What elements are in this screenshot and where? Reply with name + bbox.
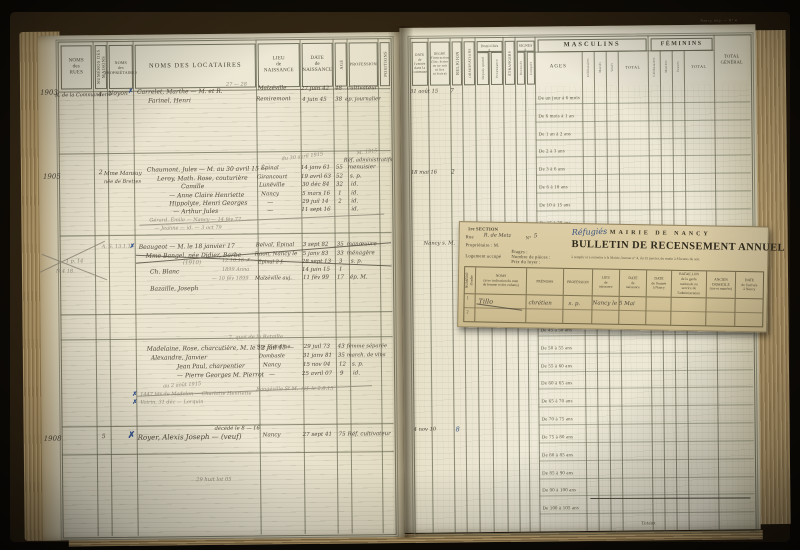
book-gutter-shadow [387, 26, 418, 538]
handwritten-text: 31 août 15 [410, 90, 438, 95]
strike-line [476, 303, 522, 310]
handwritten-text: 2 [451, 169, 455, 175]
handwritten-text: 7 [450, 88, 454, 94]
census-register-photo: NOMS des RUES NUMÉROS DES MAISONS NOMS d… [0, 0, 800, 550]
open-book: NOMS des RUES NUMÉROS DES MAISONS NOMS d… [0, 0, 800, 550]
handwritten-text: 8 [456, 426, 460, 433]
handwritten-text: Réfugiés [572, 228, 608, 237]
bulletin-handwriting-layer: RéfugiésR. de Metz512Tillochrétiens. p.N… [458, 222, 768, 331]
handwritten-text: 5 [534, 234, 538, 240]
handwritten-text: Nancy le 5 Mai [593, 301, 635, 307]
strike-line [590, 497, 750, 499]
handwritten-text: chrétien [528, 301, 551, 307]
handwritten-text: 2 [466, 310, 468, 315]
handwritten-text: Nancy s. M. [424, 241, 455, 247]
handwritten-text: R. de Metz [484, 234, 512, 239]
handwritten-text: s. p. [568, 302, 580, 308]
bulletin-insert: 1re SECTION Rue N° Propriétaire : M. Log… [457, 221, 769, 332]
handwritten-text: 1 [467, 296, 469, 301]
